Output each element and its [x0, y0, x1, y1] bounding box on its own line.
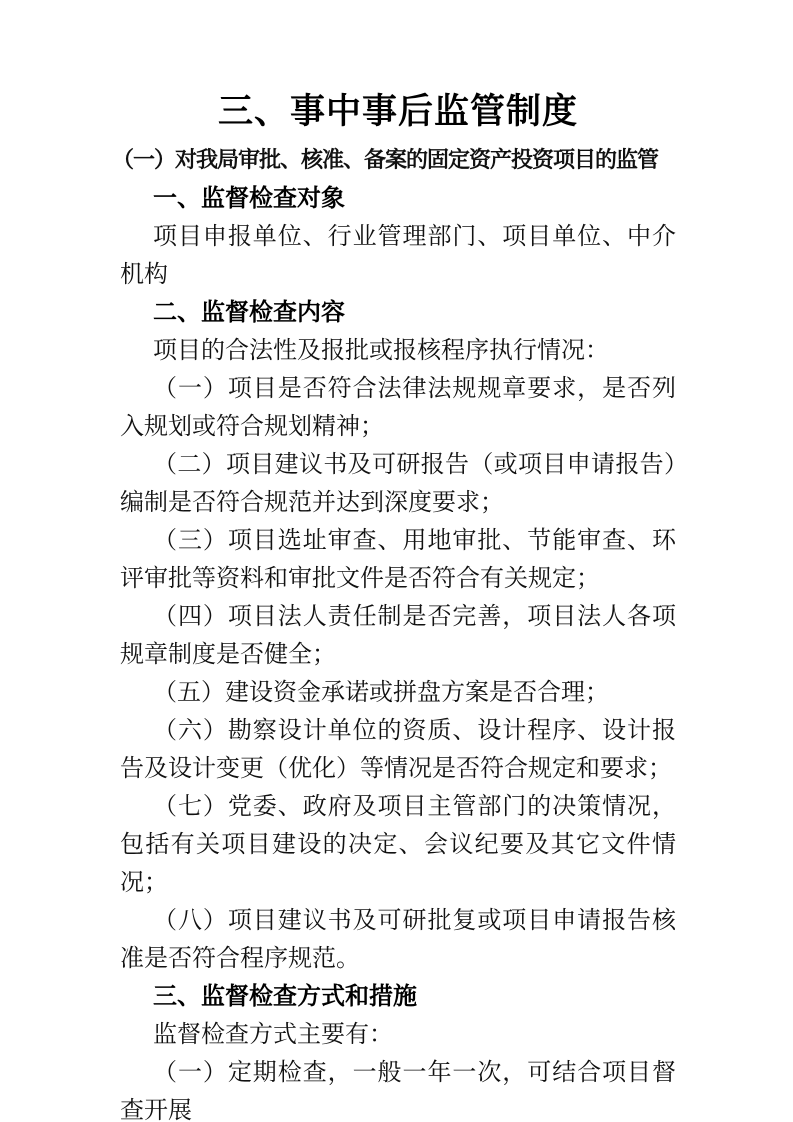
document-subtitle: （一）对我局审批、核准、备案的固定资产投资项目的监管 [112, 140, 676, 180]
document-page: 三、事中事后监管制度 （一）对我局审批、核准、备案的固定资产投资项目的监管 一、… [0, 0, 793, 1122]
body-paragraph: （七）党委、政府及项目主管部门的决策情况，包括有关项目建设的决定、会议纪要及其它… [120, 788, 676, 902]
body-paragraph: （四）项目法人责任制是否完善，项目法人各项规章制度是否健全； [120, 598, 676, 674]
body-paragraph: （一）定期检查，一般一年一次，可结合项目督查开展 [120, 1054, 676, 1122]
section-heading-2: 二、监督检查内容 [120, 294, 676, 332]
body-paragraph: （六）勘察设计单位的资质、设计程序、设计报告及设计变更（优化）等情况是否符合规定… [120, 712, 676, 788]
section-heading-1: 一、监督检查对象 [120, 180, 676, 218]
body-paragraph: （五）建设资金承诺或拼盘方案是否合理； [120, 674, 676, 712]
body-paragraph: （二）项目建议书及可研报告（或项目申请报告）编制是否符合规范并达到深度要求； [120, 446, 676, 522]
body-paragraph: 监督检查方式主要有： [120, 1016, 676, 1054]
body-paragraph: 项目申报单位、行业管理部门、项目单位、中介机构 [120, 218, 676, 294]
body-paragraph: （一）项目是否符合法律法规规章要求，是否列入规划或符合规划精神； [120, 370, 676, 446]
section-heading-3: 三、监督检查方式和措施 [120, 978, 676, 1016]
body-paragraph: 项目的合法性及报批或报核程序执行情况： [120, 332, 676, 370]
body-paragraph: （三）项目选址审查、用地审批、节能审查、环评审批等资料和审批文件是否符合有关规定… [120, 522, 676, 598]
document-title: 三、事中事后监管制度 [120, 90, 676, 134]
body-paragraph: （八）项目建议书及可研批复或项目申请报告核准是否符合程序规范。 [120, 902, 676, 978]
